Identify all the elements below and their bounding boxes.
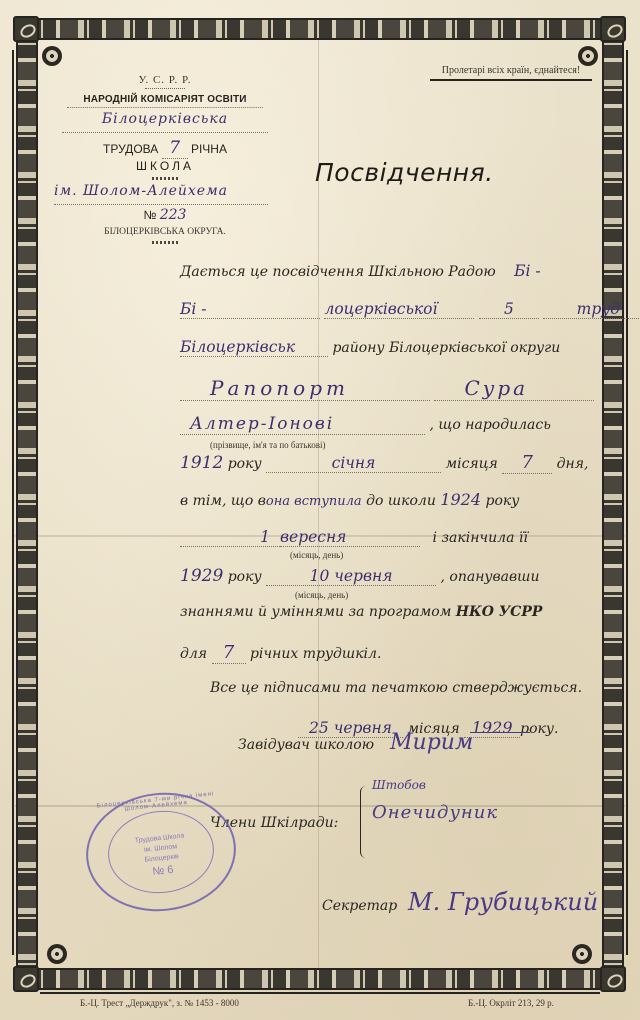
- border-rule: [40, 992, 600, 994]
- school-type-suffix: РІЧНА: [191, 142, 227, 156]
- censor-imprint: Б.-Ц. Окрліт 213, 29 р.: [468, 998, 554, 1008]
- handwritten-text: труд: [543, 300, 640, 319]
- school-city-handwritten: Білоцерківська: [62, 111, 268, 133]
- field-caption: (місяць, день): [295, 590, 348, 600]
- body-line: Білоцерківськ району Білоцерківської окр…: [180, 338, 600, 376]
- printed-text: року: [228, 456, 262, 472]
- school-word: ШКОЛА: [62, 159, 268, 173]
- handwritten-text: Бі -: [180, 300, 320, 319]
- body-line: Все це підписами та печаткою стверджуєть…: [180, 680, 600, 718]
- handwritten-name: Сура: [434, 376, 594, 401]
- commissariat-label: НАРОДНІЙ КОМІСАРІЯТ ОСВІТИ: [67, 93, 263, 108]
- birth-year: 1912: [180, 453, 223, 473]
- handwritten-text: 7: [212, 642, 246, 664]
- body-line: 1929 року 10 червня , опанувавши (місяць…: [180, 566, 600, 604]
- field-caption: (прізвище, ім'я та по батькові): [210, 440, 325, 450]
- rosette-icon: [572, 944, 592, 964]
- issue-date: 25 червня: [298, 719, 403, 738]
- rosette-icon: [42, 46, 62, 66]
- printed-text: району Білоцерківської округи: [332, 340, 560, 356]
- border-rule: [626, 50, 628, 955]
- body-line: Бі - лоцерківської 5 труд школи: [180, 300, 600, 338]
- handwritten-patronymic: Алтер-Іонові: [180, 414, 425, 435]
- handwritten-text: лоцерківської: [324, 300, 474, 319]
- printed-text: , що народилась: [429, 417, 550, 433]
- program-name: НКО УСРР: [456, 604, 543, 620]
- member2-signature: Онечидуник: [372, 802, 498, 823]
- school-type-prefix: ТРУДОВА: [103, 142, 158, 156]
- rosette-icon: [47, 944, 67, 964]
- printed-text: Дається це посвідчення Шкільною Радою: [180, 264, 496, 280]
- printed-text: в тім, що в: [180, 493, 266, 509]
- school-named-after-handwritten: ім. Шолом-Алейхема: [54, 183, 268, 205]
- printed-text: року: [228, 569, 262, 585]
- rosette-icon: [578, 46, 598, 66]
- director-label: Завідувач школою: [238, 737, 374, 753]
- field-caption: (місяць, день): [290, 550, 343, 560]
- school-number: № 223: [62, 207, 268, 223]
- corner-ornament-icon: [600, 966, 626, 992]
- handwritten-text: Бі -: [514, 262, 541, 280]
- enrollment-day: 1: [180, 528, 280, 547]
- brace: [360, 786, 368, 858]
- printed-text: річних трудшкіл.: [250, 646, 381, 662]
- printed-text: дня,: [557, 456, 589, 472]
- signature-flourish: [470, 732, 530, 733]
- birth-day: 7: [502, 452, 552, 474]
- printed-text: року: [485, 493, 519, 509]
- handwritten-text: Білоцерківськ: [180, 338, 328, 357]
- graduation-year: 1929: [180, 566, 223, 586]
- printer-imprint: Б.-Ц. Трест „Держдрук", з. № 1453 - 8000: [80, 998, 239, 1008]
- secretary-signature: М. Грубицький: [408, 888, 598, 916]
- printed-text: для: [180, 646, 207, 662]
- director-signature: Мирим: [390, 730, 473, 755]
- printed-text: Все це підписами та печаткою стверджуєть…: [210, 680, 582, 696]
- number-label: №: [144, 208, 157, 222]
- printed-text: місяця: [446, 456, 498, 472]
- printed-text: знаннями й уміннями за програмом: [180, 604, 451, 620]
- printed-text: до школи: [366, 493, 436, 509]
- body-line: для 7 річних трудшкіл.: [180, 642, 600, 680]
- issuer-header: У. С. Р. Р. НАРОДНІЙ КОМІСАРІЯТ ОСВІТИ Б…: [62, 74, 268, 247]
- corner-ornament-icon: [600, 16, 626, 42]
- state-label: У. С. Р. Р.: [62, 74, 268, 86]
- document-title: Посвідчення.: [315, 158, 494, 187]
- ornamental-border-right: [602, 40, 624, 968]
- school-years-handwritten: 7: [162, 138, 188, 159]
- body-line: 1вересня і закінчила її (місяць, день): [180, 528, 600, 566]
- school-type: ТРУДОВА 7 РІЧНА: [62, 138, 268, 159]
- border-rule: [12, 50, 14, 955]
- body-line: Дається це посвідчення Шкільною Радою Бі…: [180, 262, 600, 300]
- corner-ornament-icon: [13, 966, 39, 992]
- enrollment-month: вересня: [280, 528, 420, 547]
- divider: [145, 88, 185, 89]
- corner-ornament-icon: [13, 16, 39, 42]
- handwritten-text: 5: [479, 300, 539, 319]
- ornamental-border-top: [38, 18, 602, 40]
- stamp-center-text: Трудова Школа ім. Шолом Білоцерків № 6: [107, 829, 215, 882]
- ornamental-border-left: [16, 40, 38, 968]
- secretary-label: Секретар: [322, 898, 397, 914]
- handwritten-surname: Рапопорт: [180, 376, 430, 401]
- divider-ornament: [152, 241, 178, 244]
- district-label: БІЛОЦЕРКІВСЬКА ОКРУГА.: [62, 227, 268, 237]
- body-line: в тім, що вона вступила до школи 1924 ро…: [180, 490, 600, 528]
- number-handwritten: 223: [160, 207, 187, 223]
- body-line: Рапопорт Сура: [180, 376, 600, 414]
- ornamental-border-bottom: [38, 968, 602, 990]
- slogan: Пролетарі всіх країн, єднайтеся!: [430, 65, 592, 81]
- divider-ornament: [152, 177, 178, 180]
- graduation-date: 10 червня: [266, 567, 436, 586]
- printed-text: і закінчила її: [432, 530, 527, 546]
- stamp-inner-ring: Трудова Школа ім. Шолом Білоцерків № 6: [104, 806, 218, 899]
- printed-text: , опанувавши: [441, 569, 540, 585]
- birth-month: січня: [266, 454, 441, 473]
- body-line: 1912 року січня місяця 7 дня,: [180, 452, 600, 490]
- certificate-body: Дається це посвідчення Шкільною Радою Бі…: [180, 262, 600, 756]
- body-line: знаннями й уміннями за програмом НКО УСР…: [180, 604, 600, 642]
- printed-text: року.: [520, 721, 558, 737]
- body-line: Алтер-Іонові , що народилась (прізвище, …: [180, 414, 600, 452]
- enrollment-year: 1924: [440, 490, 481, 509]
- handwritten-text: она вступила: [266, 494, 362, 509]
- member1-signature: Штобов: [372, 778, 426, 792]
